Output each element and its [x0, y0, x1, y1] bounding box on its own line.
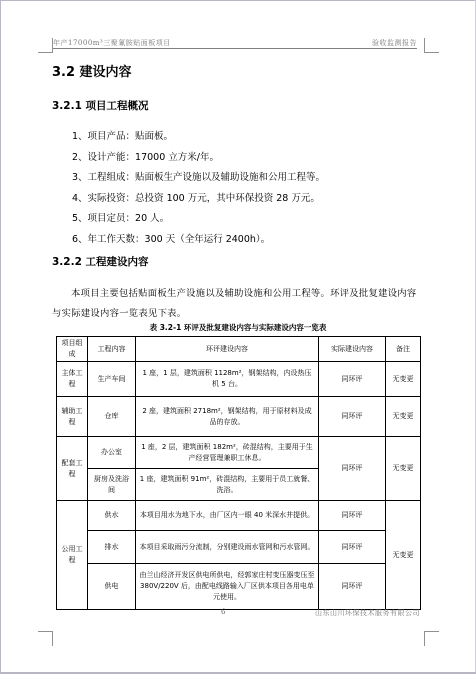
item-cell: 排水: [88, 531, 136, 564]
list-item: 6、年工作天数：300 天（全年运行 2400h）。: [72, 230, 325, 251]
table-row: 主体工程 生产车间 1 座，1 层，建筑面积 1128m²，钢架结构，内设热压机…: [57, 362, 421, 397]
subsection-title-construction: 3.2.2 工程建设内容: [52, 254, 149, 269]
eia-cell: 本项目采取雨污分流制，分别建设雨水管网和污水管网。: [136, 531, 319, 564]
item-cell: 生产车间: [88, 362, 136, 397]
crop-mark-top-right: [424, 38, 439, 53]
crop-mark-top-left: [38, 38, 53, 53]
construction-paragraph: 本项目主要包括贴面板生产设施以及辅助设施和公用工程等。环评及批复建设内容与实际建…: [52, 284, 426, 324]
actual-cell: 同环评: [319, 437, 386, 501]
list-item: 2、设计产能：17000 立方米/年。: [72, 148, 325, 169]
item-cell: 办公室: [88, 437, 136, 469]
item-cell: 仓库: [88, 397, 136, 437]
crop-mark-bottom-left: [38, 631, 53, 646]
list-item: 1、项目产品：贴面板。: [72, 127, 325, 148]
actual-cell: 同环评: [319, 362, 386, 397]
item-cell: 供水: [88, 501, 136, 531]
note-cell: 无变更: [386, 362, 421, 397]
construction-table: 项目组成 工程内容 环评建设内容 实际建设内容 备注 主体工程 生产车间 1 座…: [56, 336, 421, 610]
page-header: 年产17000m³三聚氰胺贴面板项目 验收监测报告: [53, 38, 417, 49]
table-header-cell: 备注: [386, 337, 421, 362]
group-cell: 公用工程: [57, 501, 88, 610]
group-cell: 配套工程: [57, 437, 88, 501]
note-cell: 无变更: [386, 397, 421, 437]
eia-cell: 由兰山经济开发区供电所供电，经郭家庄村变压器变压至 380V/220V 后，由配…: [136, 564, 319, 610]
eia-cell: 本项目用水为地下水，由厂区内一眼 40 米深水井提供。: [136, 501, 319, 531]
list-item: 5、项目定员：20 人。: [72, 209, 325, 230]
table-row: 供电 由兰山经济开发区供电所供电，经郭家庄村变压器变压至 380V/220V 后…: [57, 564, 421, 610]
eia-cell: 1 座，1 层，建筑面积 1128m²，钢架结构，内设热压机 5 台。: [136, 362, 319, 397]
overview-list: 1、项目产品：贴面板。 2、设计产能：17000 立方米/年。 3、工程组成：贴…: [72, 127, 325, 250]
table-header-row: 项目组成 工程内容 环评建设内容 实际建设内容 备注: [57, 337, 421, 362]
table-header-cell: 项目组成: [57, 337, 88, 362]
table-caption: 表 3.2-1 环评及批复建设内容与实际建设内容一览表: [56, 322, 420, 333]
table-row: 辅助工程 仓库 2 座，建筑面积 2718m²，钢架结构，用于原材料及成品的存放…: [57, 397, 421, 437]
table-header-cell: 工程内容: [88, 337, 136, 362]
section-title: 3.2 建设内容: [52, 61, 132, 80]
group-cell: 主体工程: [57, 362, 88, 397]
item-cell: 厨房及洗浴间: [88, 469, 136, 501]
note-cell: 无变更: [386, 501, 421, 610]
eia-cell: 1 座，建筑面积 91m²，砖混结构，主要用于员工就餐、洗浴。: [136, 469, 319, 501]
table-row: 排水 本项目采取雨污分流制，分别建设雨水管网和污水管网。 同环评: [57, 531, 421, 564]
actual-cell: 同环评: [319, 564, 386, 610]
table-row: 公用工程 供水 本项目用水为地下水，由厂区内一眼 40 米深水井提供。 同环评 …: [57, 501, 421, 531]
subsection-title-overview: 3.2.1 项目工程概况: [52, 98, 149, 113]
page-frame-top: [0, 0, 476, 1]
page-frame-left: [0, 0, 1, 674]
list-item: 3、工程组成：贴面板生产设施以及辅助设施和公用工程等。: [72, 168, 325, 189]
item-cell: 供电: [88, 564, 136, 610]
header-report-type: 验收监测报告: [372, 38, 417, 48]
table-header-cell: 环评建设内容: [136, 337, 319, 362]
eia-cell: 1 座，2 层，建筑面积 182m²，砖混结构，主要用于生产经营管理兼职工休息。: [136, 437, 319, 469]
crop-mark-bottom-right: [424, 631, 439, 646]
eia-cell: 2 座，建筑面积 2718m²，钢架结构，用于原材料及成品的存放。: [136, 397, 319, 437]
actual-cell: 同环评: [319, 501, 386, 531]
table-row: 配套工程 办公室 1 座，2 层，建筑面积 182m²，砖混结构，主要用于生产经…: [57, 437, 421, 469]
page-number: 6: [221, 608, 225, 616]
actual-cell: 同环评: [319, 397, 386, 437]
note-cell: 无变更: [386, 437, 421, 501]
group-cell: 辅助工程: [57, 397, 88, 437]
list-item: 4、实际投资：总投资 100 万元，其中环保投资 28 万元。: [72, 189, 325, 210]
table-header-cell: 实际建设内容: [319, 337, 386, 362]
header-project-name: 年产17000m³三聚氰胺贴面板项目: [53, 38, 171, 48]
footer-company: 山东山川环保技术服务有限公司: [315, 608, 420, 618]
actual-cell: 同环评: [319, 531, 386, 564]
